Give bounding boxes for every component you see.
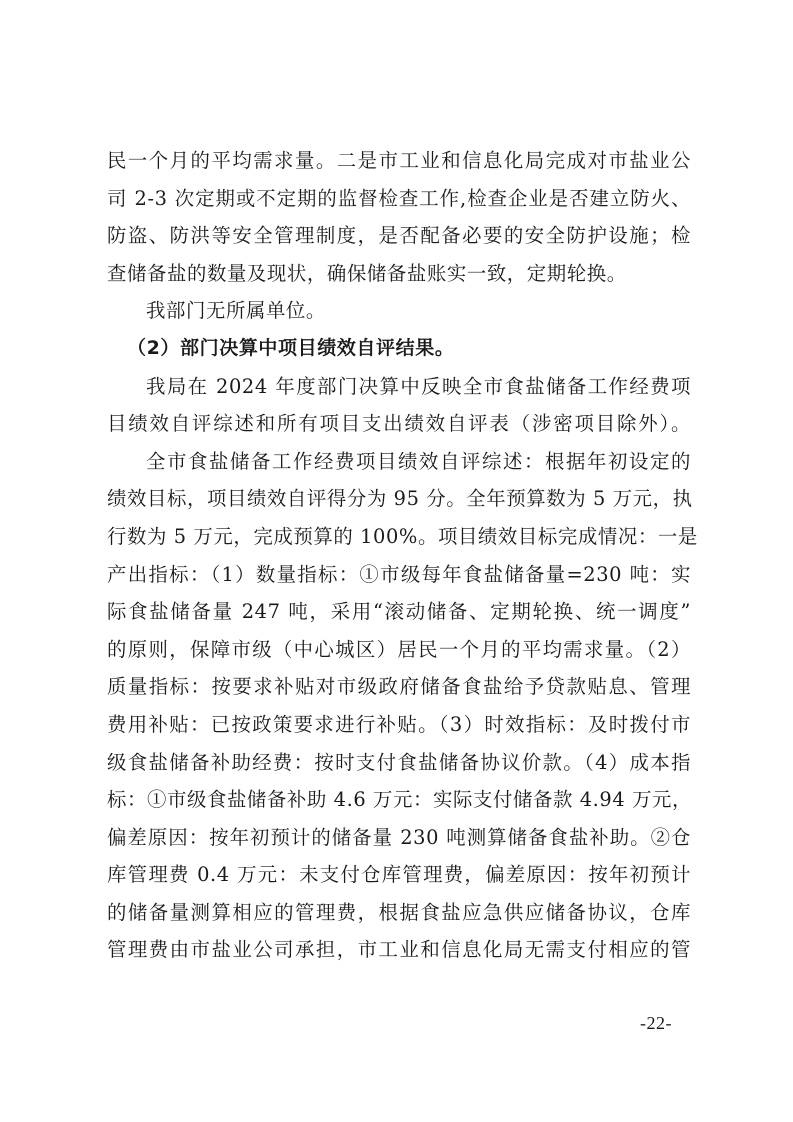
text-line: 产出指标：（1）数量指标：①市级每年食盐储备量=230 吨：实	[107, 556, 691, 594]
paragraph-no-subordinate-units: 我部门无所属单位。	[107, 292, 691, 330]
body-text: 民一个月的平均需求量。二是市工业和信息化局完成对市盐业公 司 2-3 次定期或不…	[107, 142, 691, 969]
text-line: 防盗、防洪等安全管理制度，是否配备必要的安全防护设施；检	[107, 217, 691, 255]
text-line: 目绩效自评综述和所有项目支出绩效自评表（涉密项目除外）。	[107, 405, 691, 443]
text-line: 的原则，保障市级（中心城区）居民一个月的平均需求量。（2）	[107, 631, 691, 669]
text-line: 我局在 2024 年度部门决算中反映全市食盐储备工作经费项	[107, 368, 691, 406]
text-line: 质量指标：按要求补贴对市级政府储备食盐给予贷款贴息、管理	[107, 668, 691, 706]
text-line: 行数为 5 万元，完成预算的 100%。项目绩效目标完成情况：一是	[107, 518, 691, 556]
text-line: 的储备量测算相应的管理费，根据食盐应急供应储备协议，仓库	[107, 894, 691, 932]
page-number: -22-	[640, 1013, 672, 1034]
text-line: 民一个月的平均需求量。二是市工业和信息化局完成对市盐业公	[107, 142, 691, 180]
text-line: 司 2-3 次定期或不定期的监督检查工作,检查企业是否建立防火、	[107, 180, 691, 218]
text-line: 查储备盐的数量及现状，确保储备盐账实一致，定期轮换。	[107, 255, 691, 293]
text-line: 级食盐储备补助经费：按时支付食盐储备协议价款。（4）成本指	[107, 744, 691, 782]
text-line: 标：①市级食盐储备补助 4.6 万元：实际支付储备款 4.94 万元，	[107, 781, 691, 819]
text-line: 全市食盐储备工作经费项目绩效自评综述：根据年初设定的	[107, 443, 691, 481]
text-line: 管理费由市盐业公司承担，市工业和信息化局无需支付相应的管	[107, 931, 691, 969]
text-line: 库管理费 0.4 万元：未支付仓库管理费，偏差原因：按年初预计	[107, 856, 691, 894]
document-page: 民一个月的平均需求量。二是市工业和信息化局完成对市盐业公 司 2-3 次定期或不…	[0, 0, 793, 1122]
text-line: 绩效目标，项目绩效自评得分为 95 分。全年预算数为 5 万元，执	[107, 480, 691, 518]
text-line: 费用补贴：已按政策要求进行补贴。（3）时效指标：及时拨付市	[107, 706, 691, 744]
text-line: 偏差原因：按年初预计的储备量 230 吨测算储备食盐补助。②仓	[107, 819, 691, 857]
section-heading: （2）部门决算中项目绩效自评结果。	[107, 330, 691, 368]
text-line: 际食盐储备量 247 吨，采用“滚动储备、定期轮换、统一调度”	[107, 593, 691, 631]
